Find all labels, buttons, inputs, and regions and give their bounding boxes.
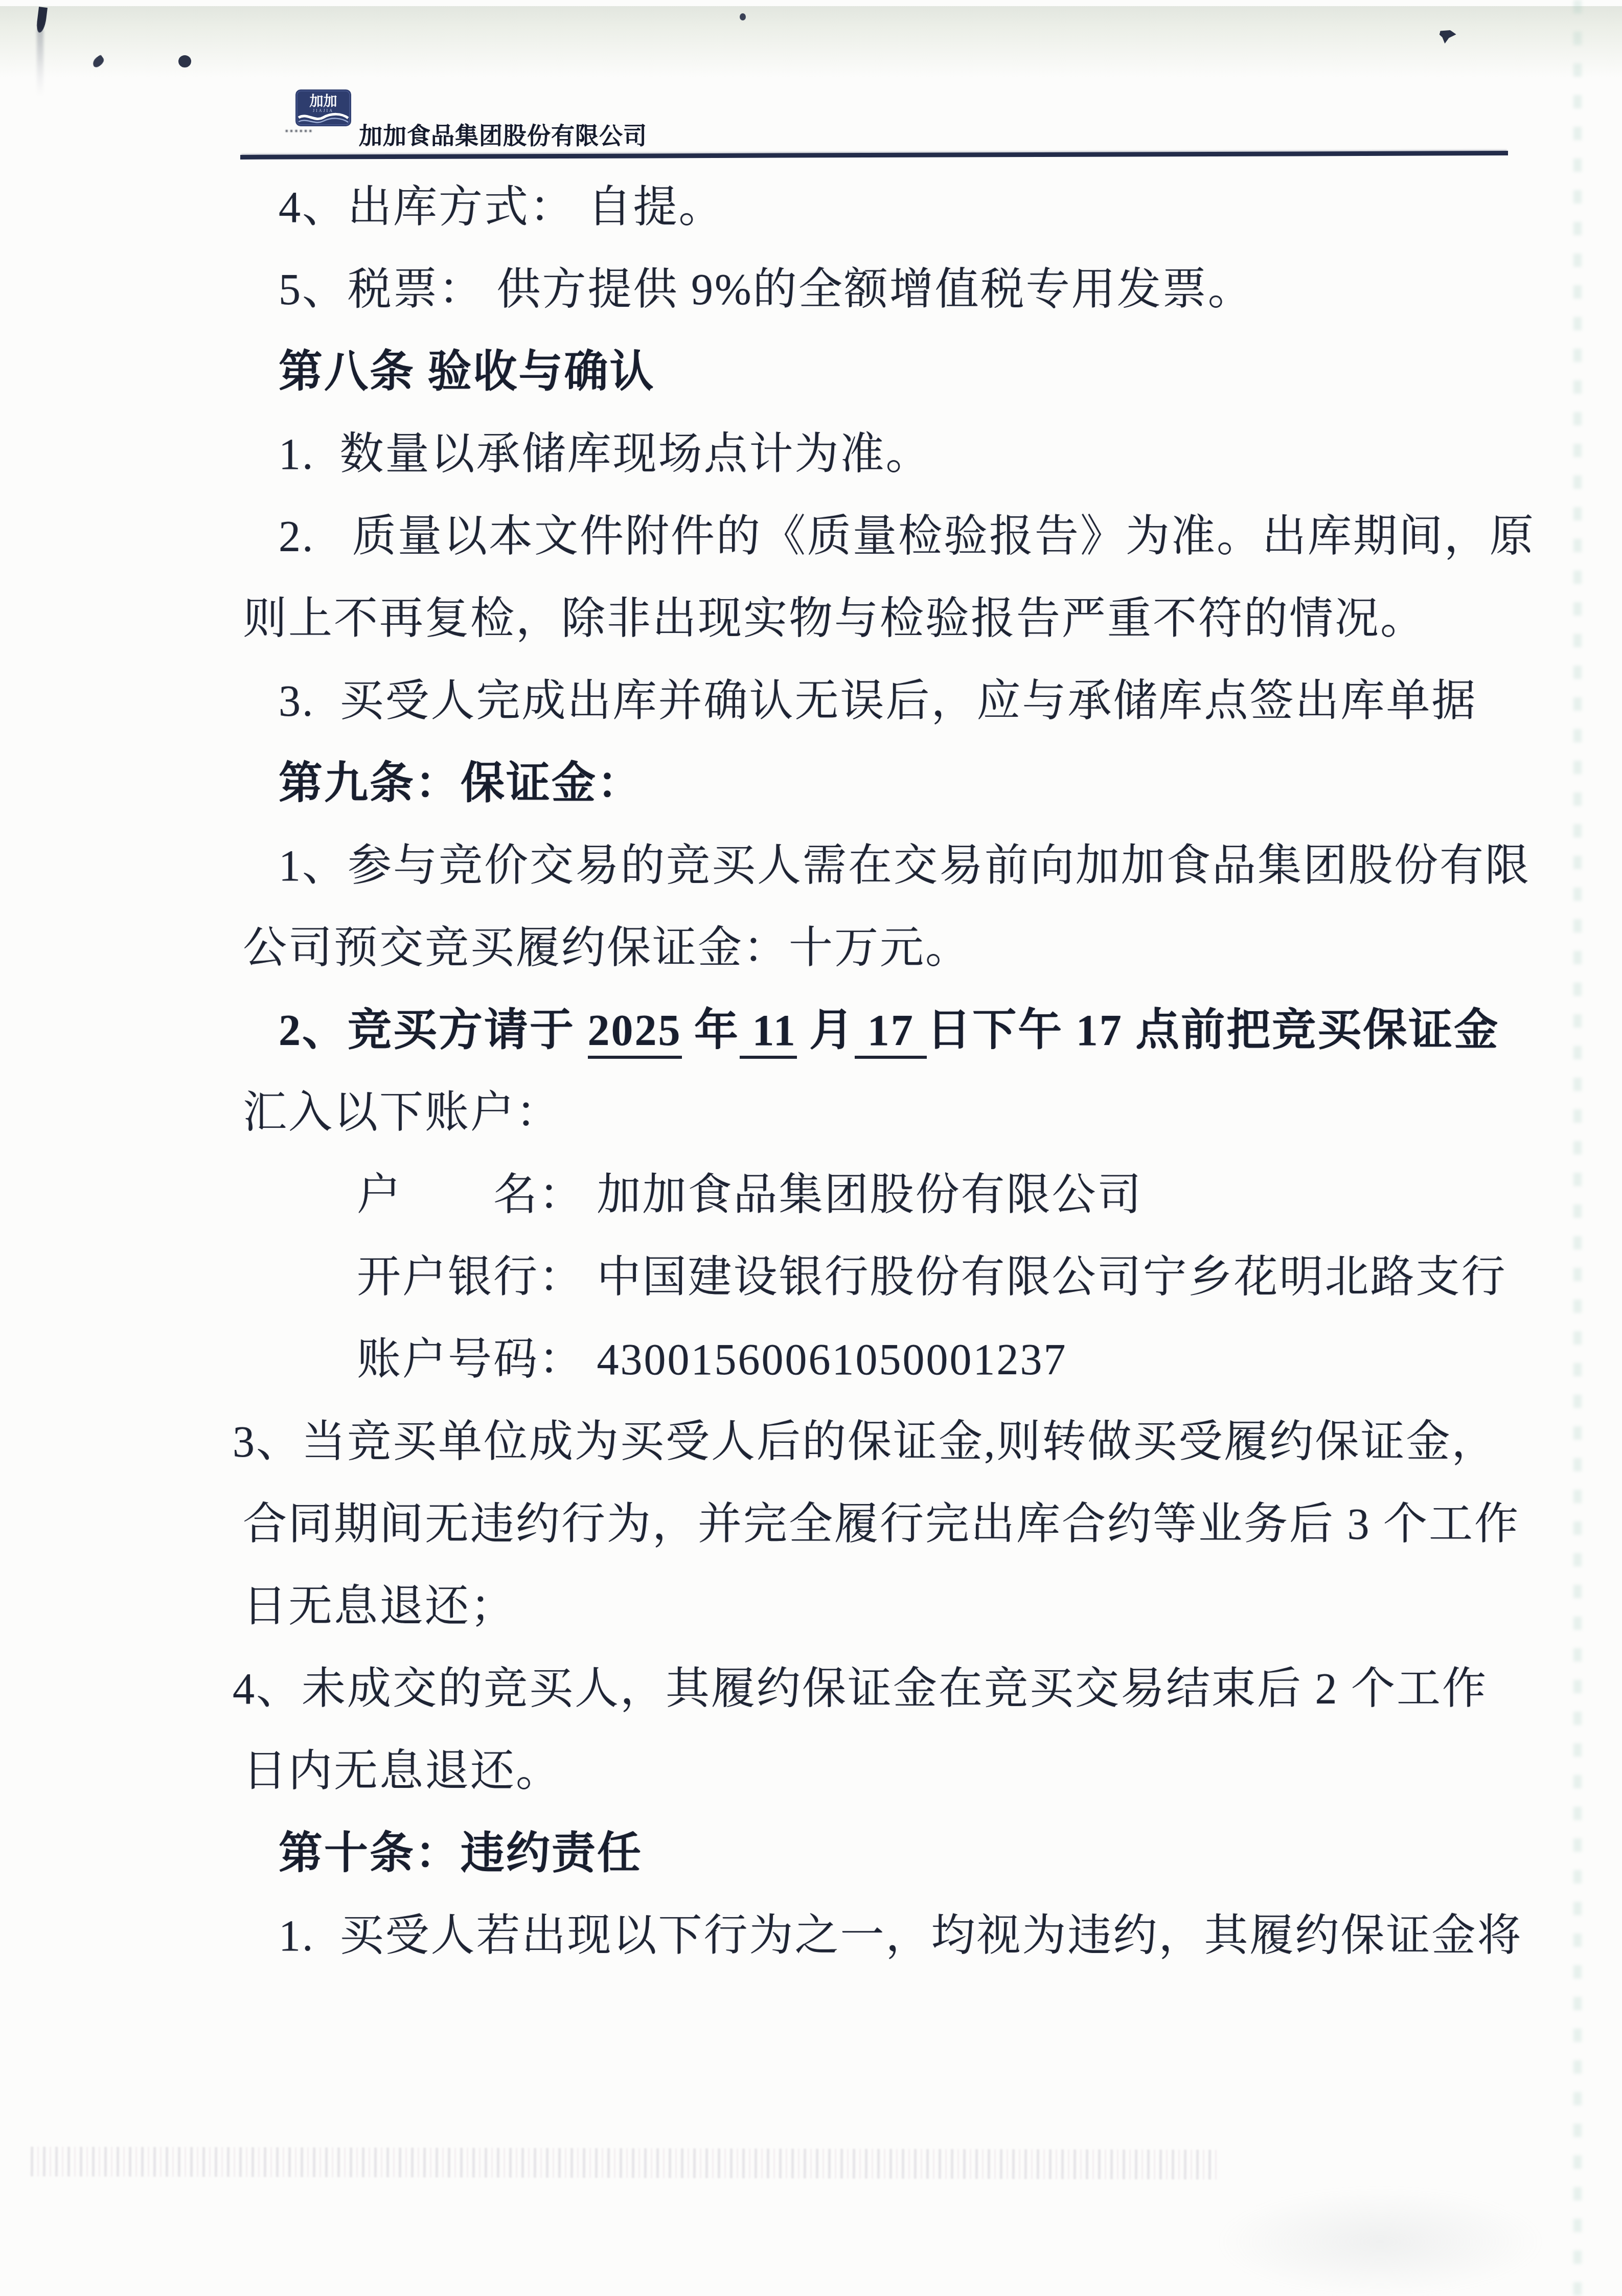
text-segment: 则上不再复检，除非出现实物与检验报告严重不符的情况。 xyxy=(243,594,1426,643)
text-line: 1. 数量以承储库现场点计为准。 xyxy=(0,413,1622,495)
text-segment: 1. 数量以承储库现场点计为准。 xyxy=(279,429,931,479)
scan-speck xyxy=(740,13,746,20)
company-name: 加加食品集团股份有限公司 xyxy=(359,123,647,149)
logo-subtext-glyph: JIAJIA xyxy=(313,108,334,113)
text-segment: 5、税票： 供方提供 9%的全额增值税专用发票。 xyxy=(279,265,1253,314)
text-line: 户 名： 加加食品集团股份有限公司 xyxy=(0,1154,1622,1236)
text-segment: 月 xyxy=(797,1006,855,1055)
text-segment: 公司预交竞买履约保证金：十万元。 xyxy=(243,923,971,972)
scan-speck xyxy=(178,55,191,67)
text-line: 汇入以下账户： xyxy=(0,1072,1622,1154)
text-line: 账户号码： 43001560061050001237 xyxy=(0,1319,1622,1401)
text-line: 3. 买受人完成出库并确认无误后，应与承储库点签出库单据 xyxy=(0,660,1622,742)
text-line: 4、未成交的竞买人，其履约保证金在竞买交易结束后 2 个工作 xyxy=(0,1648,1622,1730)
text-segment: 4、出库方式： 自提。 xyxy=(279,183,724,232)
text-line: 1、参与竞价交易的竞买人需在交易前向加加食品集团股份有限 xyxy=(0,825,1622,907)
text-line: 日无息退还； xyxy=(0,1565,1622,1648)
text-segment: 第八条 验收与确认 xyxy=(279,347,655,396)
scan-corner-shadow xyxy=(37,30,43,96)
text-line: 3、当竞买单位成为买受人后的保证金,则转做买受履约保证金， xyxy=(0,1401,1622,1483)
text-segment: 4、未成交的竞买人，其履约保证金在竞买交易结束后 2 个工作 xyxy=(233,1664,1488,1713)
text-segment: 开户银行： 中国建设银行股份有限公司宁乡花明北路支行 xyxy=(357,1253,1507,1302)
text-line: 开户银行： 中国建设银行股份有限公司宁乡花明北路支行 xyxy=(0,1236,1622,1319)
text-segment: 第十条：违约责任 xyxy=(279,1829,643,1878)
text-segment: 2、竞买方请于 xyxy=(279,1006,588,1055)
text-line: 合同期间无违约行为，并完全履行完出库合约等业务后 3 个工作 xyxy=(0,1483,1622,1565)
text-segment: 日内无息退还。 xyxy=(243,1746,561,1795)
text-segment: 户 名： 加加食品集团股份有限公司 xyxy=(357,1170,1143,1219)
text-line: 2、竞买方请于 2025 年 11 月 17 日下午 17 点前把竞买保证金 xyxy=(0,989,1622,1072)
scanned-document-page: 加加 JIAJIA ▪▪▪▪▪▪ 加加食品集团股份有限公司 4、出库方式： 自提… xyxy=(0,0,1622,2296)
header-rule xyxy=(240,151,1508,160)
text-line: 5、税票： 供方提供 9%的全额增值税专用发票。 xyxy=(0,248,1622,331)
text-segment: 日无息退还； xyxy=(243,1582,516,1631)
text-segment: 2. 质量以本文件附件的《质量检验报告》为准。出库期间，原 xyxy=(279,512,1535,561)
text-segment: 汇入以下账户： xyxy=(243,1088,561,1137)
scan-speck xyxy=(90,55,105,69)
text-segment: 3、当竞买单位成为买受人后的保证金,则转做买受履约保证金， xyxy=(233,1417,1497,1466)
text-segment: 合同期间无违约行为，并完全履行完出库合约等业务后 3 个工作 xyxy=(243,1499,1520,1549)
scan-bottom-noise xyxy=(31,2147,1217,2179)
logo-text-glyph: 加加 xyxy=(310,94,337,109)
filled-blank-underlined: 17 xyxy=(855,1006,927,1059)
text-line: 2. 质量以本文件附件的《质量检验报告》为准。出库期间，原 xyxy=(0,495,1622,578)
text-line: 第八条 验收与确认 xyxy=(0,331,1622,413)
text-line: 1. 买受人若出现以下行为之一，均视为违约，其履约保证金将 xyxy=(0,1895,1622,1977)
document-body: 4、出库方式： 自提。5、税票： 供方提供 9%的全额增值税专用发票。第八条 验… xyxy=(0,166,1622,1977)
scan-top-shade xyxy=(0,6,1622,78)
logo-tagline: ▪▪▪▪▪▪ xyxy=(285,127,357,139)
text-segment: 账户号码： 43001560061050001237 xyxy=(357,1335,1067,1384)
text-line: 第十条：违约责任 xyxy=(0,1812,1622,1895)
jiajia-logo-icon: 加加 JIAJIA xyxy=(295,89,351,126)
text-line: 第九条：保证金： xyxy=(0,742,1622,825)
text-line: 日内无息退还。 xyxy=(0,1730,1622,1812)
text-line: 4、出库方式： 自提。 xyxy=(0,166,1622,248)
text-segment: 日下午 17 点前把竞买保证金 xyxy=(927,1006,1499,1055)
text-segment: 1、参与竞价交易的竞买人需在交易前向加加食品集团股份有限 xyxy=(279,841,1530,890)
scan-bottom-smudge xyxy=(1217,2188,1544,2295)
text-line: 公司预交竞买履约保证金：十万元。 xyxy=(0,907,1622,989)
text-segment: 年 xyxy=(682,1006,740,1055)
scan-mark xyxy=(1437,28,1457,46)
text-line: 则上不再复检，除非出现实物与检验报告严重不符的情况。 xyxy=(0,578,1622,660)
text-segment: 3. 买受人完成出库并确认无误后，应与承储库点签出库单据 xyxy=(279,676,1477,725)
filled-blank-underlined: 2025 xyxy=(588,1006,682,1059)
text-segment: 1. 买受人若出现以下行为之一，均视为违约，其履约保证金将 xyxy=(279,1911,1523,1960)
text-segment: 第九条：保证金： xyxy=(279,759,643,808)
filled-blank-underlined: 11 xyxy=(740,1006,797,1059)
